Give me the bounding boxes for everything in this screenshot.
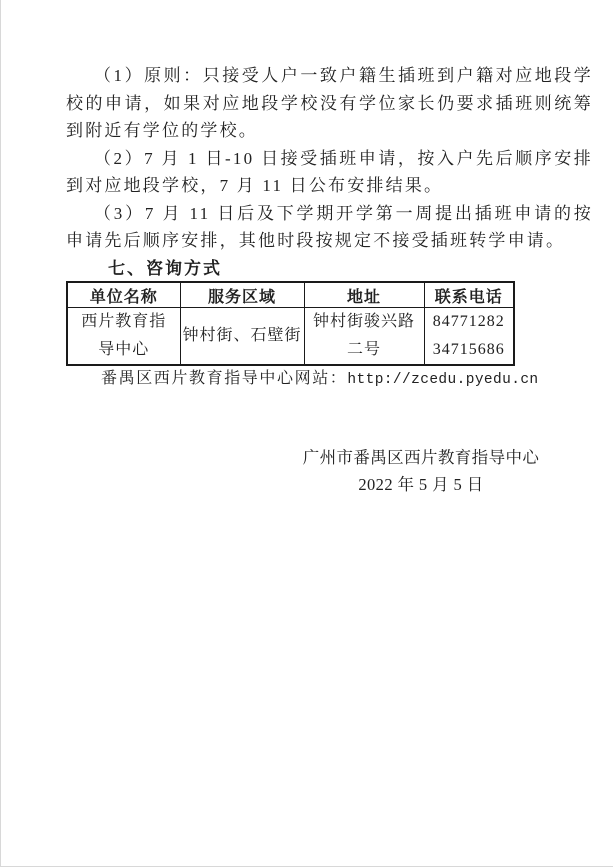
signature-date: 2022 年 5 月 5 日 <box>301 471 541 498</box>
unit-name-line-1: 西片教育指 <box>68 308 180 336</box>
table-header-unit-name: 单位名称 <box>67 282 180 308</box>
phone-line-1: 84771282 <box>425 308 514 336</box>
website-line: 番禺区西片教育指导中心网站：http://zcedu.pyedu.cn <box>101 368 539 391</box>
consultation-table: 单位名称 服务区域 地址 联系电话 西片教育指 导中心 钟村街、石壁街 钟村街骏… <box>66 281 515 366</box>
table-row: 西片教育指 导中心 钟村街、石壁街 钟村街骏兴路 二号 84771282 347… <box>67 308 514 366</box>
paragraph-rule-1: （1）原则：只接受人户一致户籍生插班到户籍对应地段学校的申请，如果对应地段学校没… <box>66 62 593 145</box>
signature-org: 广州市番禺区西片教育指导中心 <box>301 444 541 471</box>
address-line-1: 钟村街骏兴路 <box>305 308 424 336</box>
paragraph-rule-2: （2）7 月 1 日-10 日接受插班申请，按入户先后顺序安排到对应地段学校，7… <box>66 145 593 200</box>
phone-line-2: 34715686 <box>425 336 514 364</box>
paragraph-rule-3: （3）7 月 11 日后及下学期开学第一周提出插班申请的按申请先后顺序安排，其他… <box>66 200 593 255</box>
table-cell-phone: 84771282 34715686 <box>424 308 514 366</box>
table-header-phone: 联系电话 <box>424 282 514 308</box>
table-header-address: 地址 <box>304 282 424 308</box>
body-text-block: （1）原则：只接受人户一致户籍生插班到户籍对应地段学校的申请，如果对应地段学校没… <box>66 62 593 282</box>
signature-block: 广州市番禺区西片教育指导中心 2022 年 5 月 5 日 <box>301 444 541 498</box>
table-header-service-area: 服务区域 <box>180 282 304 308</box>
website-label: 番禺区西片教育指导中心网站： <box>101 370 347 387</box>
unit-name-line-2: 导中心 <box>68 336 180 364</box>
document-page: （1）原则：只接受人户一致户籍生插班到户籍对应地段学校的申请，如果对应地段学校没… <box>0 0 613 867</box>
website-url: http://zcedu.pyedu.cn <box>347 372 538 388</box>
table-cell-service-area: 钟村街、石壁街 <box>180 308 304 366</box>
table-cell-address: 钟村街骏兴路 二号 <box>304 308 424 366</box>
section-heading-consultation: 七、咨询方式 <box>66 255 593 283</box>
address-line-2: 二号 <box>305 336 424 364</box>
table-header-row: 单位名称 服务区域 地址 联系电话 <box>67 282 514 308</box>
table-cell-unit-name: 西片教育指 导中心 <box>67 308 180 366</box>
